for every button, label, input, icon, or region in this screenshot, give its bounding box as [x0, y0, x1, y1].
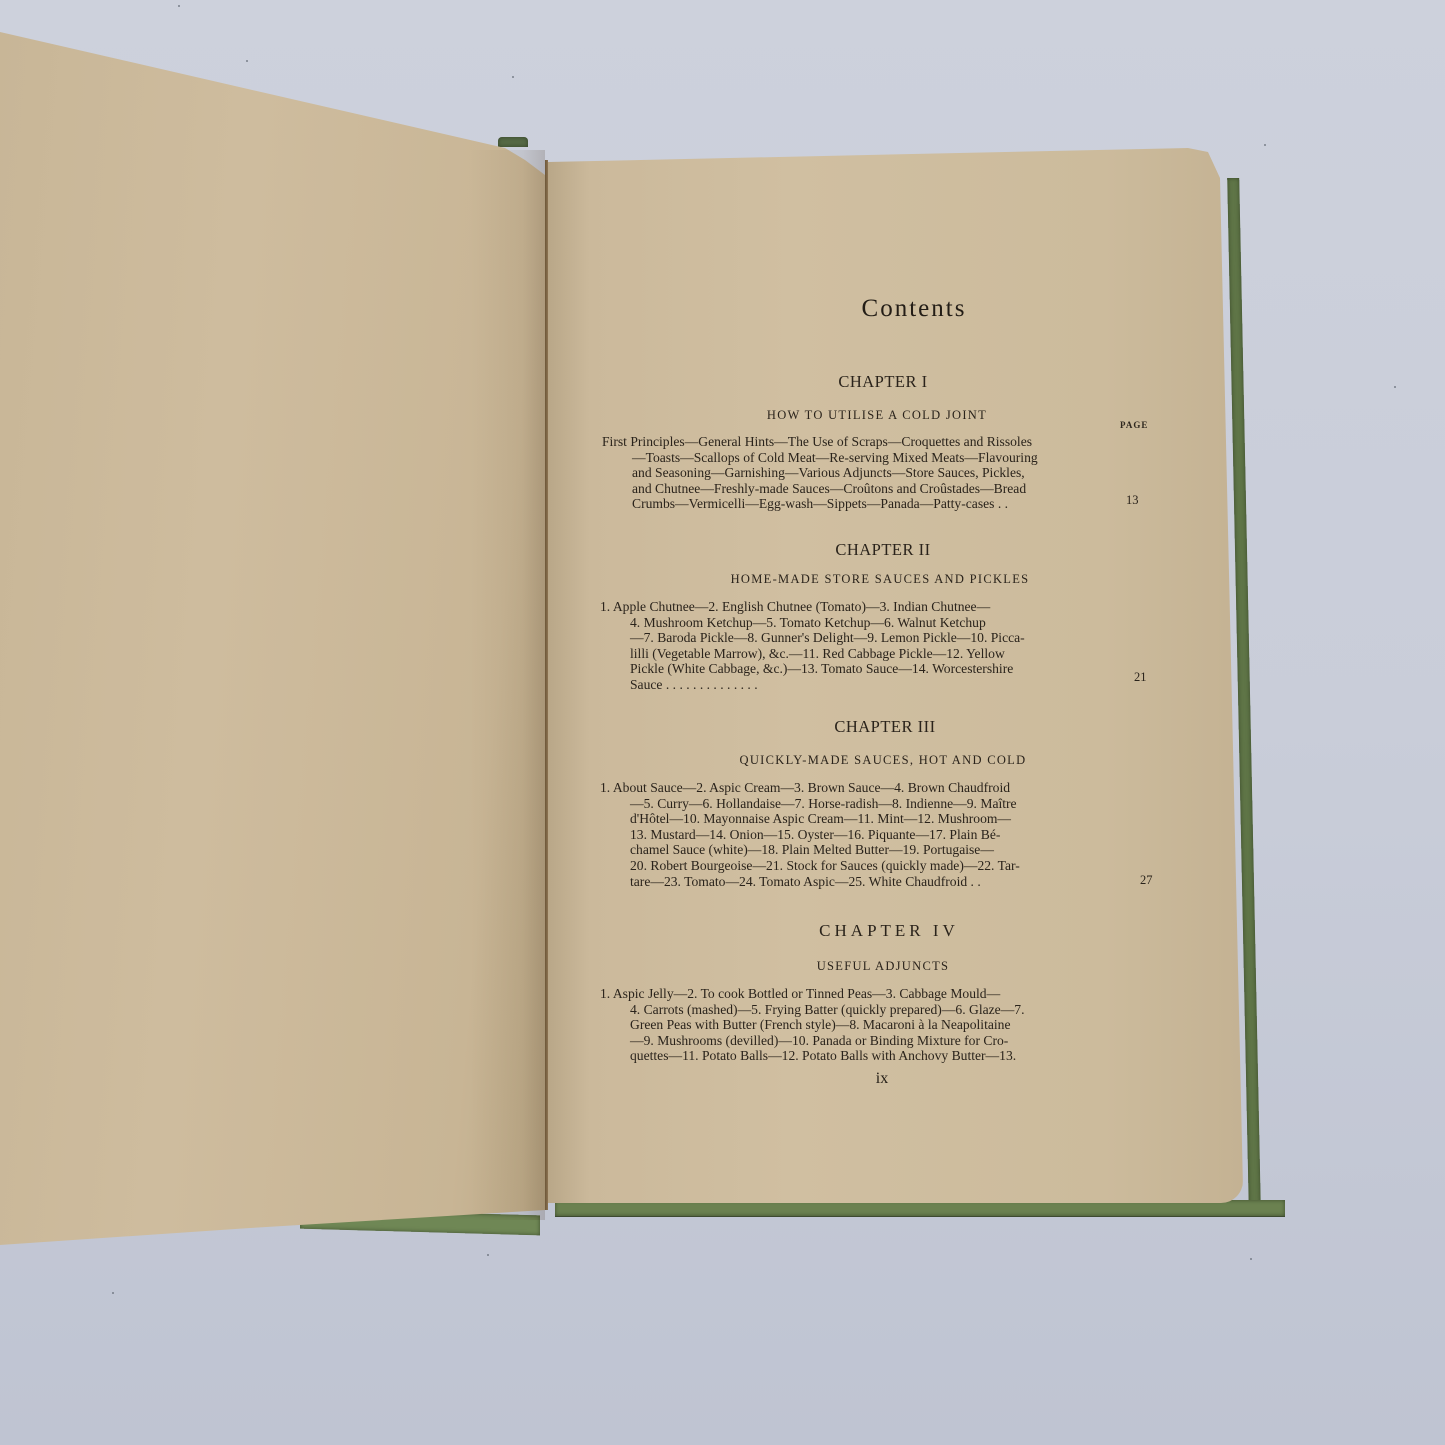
cover-corner-nub [498, 137, 528, 147]
chapter-3-subtitle: QUICKLY-MADE SAUCES, HOT AND COLD [558, 753, 1208, 768]
chapter-3-page-number: 27 [1140, 873, 1153, 888]
chapter-1-subtitle: HOW TO UTILISE A COLD JOINT [552, 408, 1202, 423]
entry-line: quettes—11. Potato Balls—12. Potato Ball… [600, 1048, 1110, 1064]
entry-line: 1. About Sauce—2. Aspic Cream—3. Brown S… [600, 780, 1110, 796]
chapter-3-heading: CHAPTER III [560, 717, 1210, 737]
entry-line: Crumbs—Vermicelli—Egg-wash—Sippets—Panad… [602, 496, 1112, 512]
chapter-4-entry: 1. Aspic Jelly—2. To cook Bottled or Tin… [600, 986, 1110, 1064]
chapter-1-heading: CHAPTER I [558, 372, 1208, 392]
chapter-2-heading: CHAPTER II [558, 540, 1208, 560]
dust-speck [246, 60, 248, 62]
entry-line: —7. Baroda Pickle—8. Gunner's Delight—9.… [600, 630, 1110, 646]
chapter-4-subtitle: USEFUL ADJUNCTS [558, 959, 1208, 974]
entry-line: —Toasts—Scallops of Cold Meat—Re-serving… [602, 450, 1112, 466]
photo-scene: Contents CHAPTER I HOW TO UTILISE A COLD… [0, 0, 1445, 1445]
entry-line: d'Hôtel—10. Mayonnaise Aspic Cream—11. M… [600, 811, 1110, 827]
page-folio-number: ix [548, 1070, 1216, 1088]
entry-line: 1. Aspic Jelly—2. To cook Bottled or Tin… [600, 986, 1110, 1002]
entry-line: First Principles—General Hints—The Use o… [602, 434, 1112, 450]
chapter-4-heading: CHAPTER IV [564, 921, 1214, 941]
page-title: Contents [548, 295, 1280, 323]
entry-line: lilli (Vegetable Marrow), &c.—11. Red Ca… [600, 646, 1110, 662]
chapter-1-entry: First Principles—General Hints—The Use o… [602, 434, 1112, 512]
entry-line: —5. Curry—6. Hollandaise—7. Horse-radish… [600, 796, 1110, 812]
dust-speck [112, 1292, 114, 1294]
entry-line: 13. Mustard—14. Onion—15. Oyster—16. Piq… [600, 827, 1110, 843]
entry-line: chamel Sauce (white)—18. Plain Melted Bu… [600, 842, 1110, 858]
chapter-1-page-number: 13 [1126, 493, 1139, 508]
left-page-gutter-shadow [470, 150, 545, 1220]
entry-line: 20. Robert Bourgeoise—21. Stock for Sauc… [600, 858, 1110, 874]
dust-speck [1264, 144, 1266, 146]
entry-line: Sauce . . . . . . . . . . . . . . [600, 677, 1110, 693]
entry-line: —9. Mushrooms (devilled)—10. Panada or B… [600, 1033, 1110, 1049]
chapter-2-page-number: 21 [1134, 670, 1147, 685]
entry-line: Pickle (White Cabbage, &c.)—13. Tomato S… [600, 661, 1110, 677]
right-page-contents: Contents CHAPTER I HOW TO UTILISE A COLD… [548, 148, 1243, 1203]
chapter-3-entry: 1. About Sauce—2. Aspic Cream—3. Brown S… [600, 780, 1110, 889]
chapter-2-subtitle: HOME-MADE STORE SAUCES AND PICKLES [555, 572, 1205, 587]
entry-line: and Seasoning—Garnishing—Various Adjunct… [602, 465, 1112, 481]
entry-line: tare—23. Tomato—24. Tomato Aspic—25. Whi… [600, 874, 1110, 890]
entry-line: 4. Mushroom Ketchup—5. Tomato Ketchup—6.… [600, 615, 1110, 631]
dust-speck [178, 5, 180, 7]
entry-line: and Chutnee—Freshly-made Sauces—Croûtons… [602, 481, 1112, 497]
dust-speck [1394, 386, 1396, 388]
entry-line: 1. Apple Chutnee—2. English Chutnee (Tom… [600, 599, 1110, 615]
entry-line: Green Peas with Butter (French style)—8.… [600, 1017, 1110, 1033]
dust-speck [512, 76, 514, 78]
page-column-label: PAGE [1120, 420, 1148, 430]
dust-speck [1250, 1258, 1252, 1260]
left-page-blank [0, 0, 545, 1245]
book-gutter [545, 160, 548, 1210]
entry-line: 4. Carrots (mashed)—5. Frying Batter (qu… [600, 1002, 1110, 1018]
chapter-2-entry: 1. Apple Chutnee—2. English Chutnee (Tom… [600, 599, 1110, 693]
dust-speck [487, 1254, 489, 1256]
